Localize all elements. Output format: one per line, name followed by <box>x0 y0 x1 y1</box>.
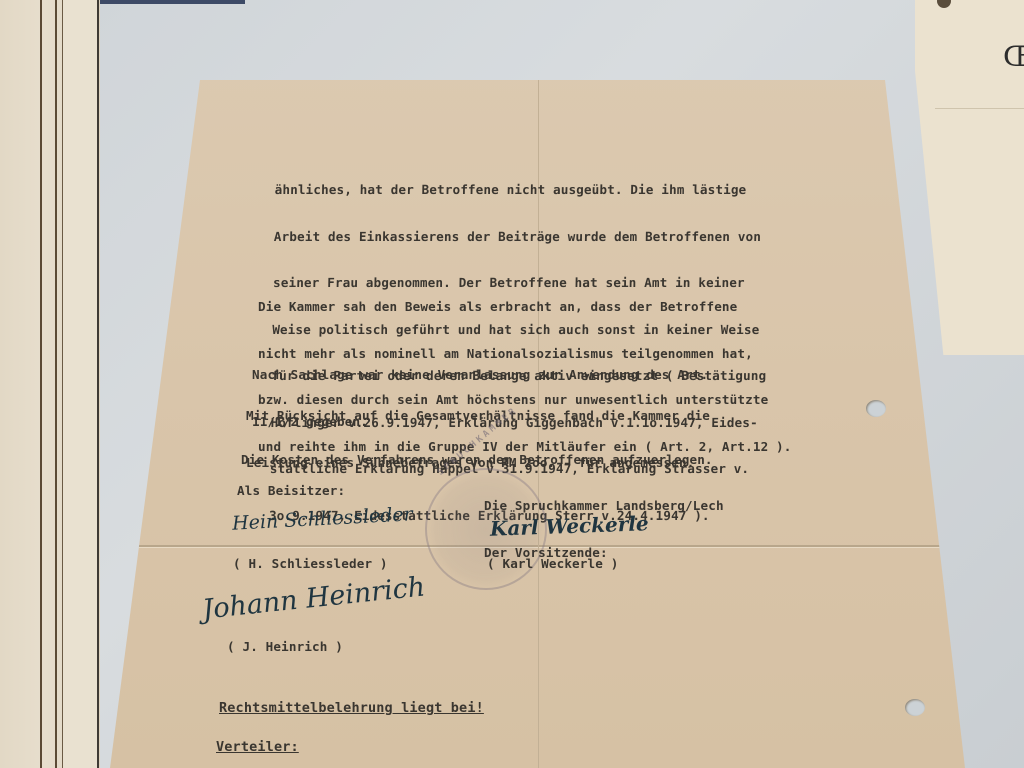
chamber-name: Die Spruchkammer Landsberg/Lech <box>484 498 724 514</box>
text-line: Die Kammer sah den Beweis als erbracht a… <box>258 299 792 315</box>
left-sheet <box>62 0 99 768</box>
chair-name: ( Karl Weckerle ) <box>487 556 618 572</box>
right-document-sheet: Œ <box>915 0 1024 355</box>
sheet-edge <box>55 0 57 768</box>
assessor2-name: ( J. Heinrich ) <box>227 639 343 655</box>
assessors-label: Als Beisitzer: <box>237 483 345 499</box>
fold-line <box>935 108 1024 109</box>
text-line: Die Kosten des Verfahrens waren dem Betr… <box>241 452 713 468</box>
sheet-edge <box>40 0 42 768</box>
text-line: ähnliches, hat der Betroffene nicht ausg… <box>275 182 770 198</box>
punch-hole <box>905 699 925 716</box>
legal-notice: Rechtsmittelbelehrung liegt bei! <box>219 701 484 717</box>
background-dark-strip <box>95 0 245 4</box>
handwriting-fragment: Œ <box>1003 40 1024 73</box>
assessor1-name: ( H. Schliessleder ) <box>233 556 388 572</box>
punch-hole <box>937 0 951 8</box>
punch-hole <box>866 400 886 417</box>
distribution-label: Verteiler: <box>216 740 299 756</box>
text-line: Arbeit des Einkassierens der Beiträge wu… <box>274 229 769 245</box>
